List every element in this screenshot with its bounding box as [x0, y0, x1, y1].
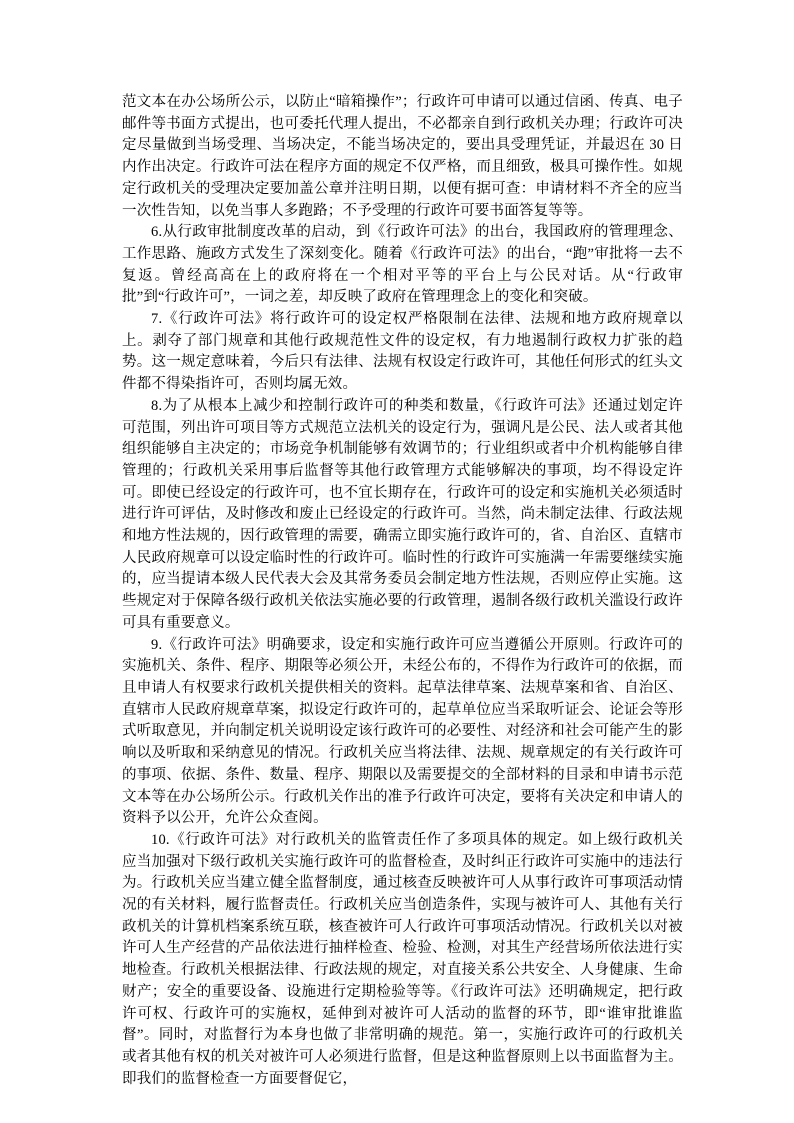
document-body: 范文本在办公场所公示，以防止“暗箱操作”；行政许可申请可以通过信函、传真、电子邮… — [122, 92, 683, 1090]
paragraph-8: 8.为了从根本上减少和控制行政许可的种类和数量，《行政许可法》还通过划定许可范围… — [122, 396, 683, 635]
document-page: 范文本在办公场所公示，以防止“暗箱操作”；行政许可申请可以通过信函、传真、电子邮… — [0, 0, 794, 1123]
paragraph-6: 6.从行政审批制度改革的启动，到《行政许可法》的出台，我国政府的管理理念、工作思… — [122, 222, 683, 309]
paragraph-9: 9.《行政许可法》明确要求，设定和实施行政许可应当遵循公开原则。行政许可的实施机… — [122, 635, 683, 830]
paragraph-7: 7.《行政许可法》将行政许可的设定权严格限制在法律、法规和地方政府规章以上。剥夺… — [122, 309, 683, 396]
paragraph-10: 10.《行政许可法》对行政机关的监管责任作了多项具体的规定。如上级行政机关应当加… — [122, 830, 683, 1090]
paragraph-5-continuation: 范文本在办公场所公示，以防止“暗箱操作”；行政许可申请可以通过信函、传真、电子邮… — [122, 92, 683, 222]
